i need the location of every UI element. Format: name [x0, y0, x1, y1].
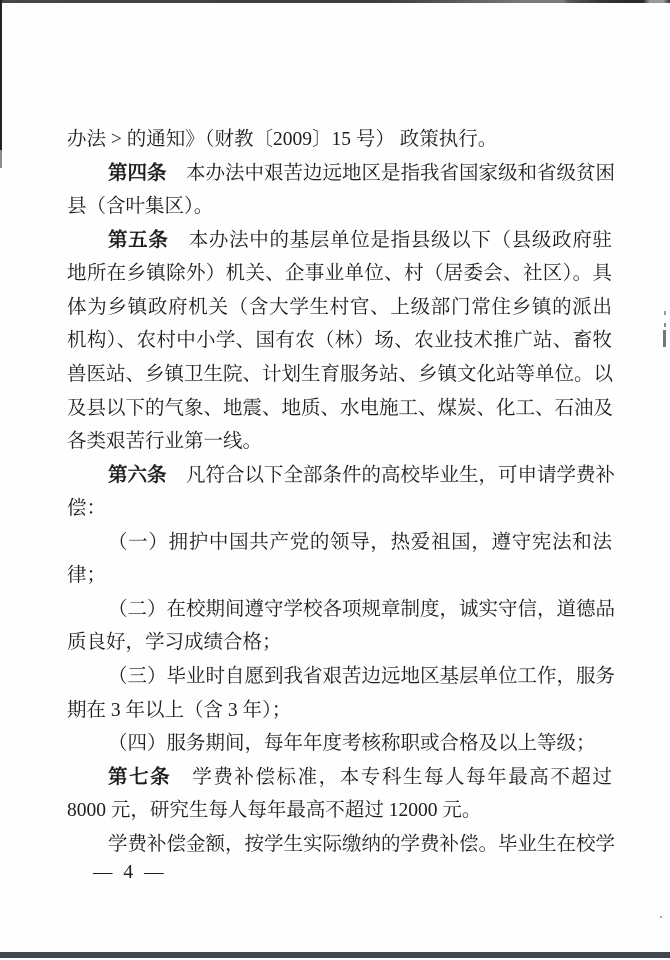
scan-artifact-right-mark — [664, 311, 666, 315]
text-line: 兽医站、乡镇卫生院、计划生育服务站、乡镇文化站等单位。以 — [67, 358, 612, 392]
text-line: （三）毕业时自愿到我省艰苦边远地区基层单位工作，服务 — [67, 660, 612, 694]
text-segment: （一）拥护中国共产党的领导，热爱祖国，遵守宪法和法 — [108, 532, 612, 553]
text-segment: 学费补偿金额，按学生实际缴纳的学费补偿。毕业生在校学 — [108, 834, 615, 855]
text-segment: 本办法中艰苦边远地区是指我省国家级和省级贫困 — [167, 163, 616, 184]
article-heading: 第五条 — [108, 230, 169, 251]
text-line: 县（含叶集区）。 — [67, 190, 612, 224]
text-segment: 律； — [67, 565, 106, 586]
text-line: 办法 > 的通知》（财教〔2009〕15 号） 政策执行。 — [67, 123, 612, 157]
text-segment: 8000 元，研究生每人每年最高不超过 12000 元。 — [67, 800, 481, 821]
text-line: 8000 元，研究生每人每年最高不超过 12000 元。 — [67, 794, 612, 828]
text-line: 地所在乡镇除外）机关、企事业单位、村（居委会、社区）。具 — [67, 257, 612, 291]
text-segment: 兽医站、乡镇卫生院、计划生育服务站、乡镇文化站等单位。以 — [67, 364, 613, 385]
text-line: 机构）、农村中小学、国有农（林）场、农业技术推广站、畜牧 — [67, 324, 612, 358]
text-line: 及县以下的气象、地震、地质、水电施工、煤炭、化工、石油及 — [67, 392, 612, 426]
text-segment: 各类艰苦行业第一线。 — [67, 431, 262, 452]
text-segment: 偿： — [67, 498, 106, 519]
text-line: （二）在校期间遵守学校各项规章制度，诚实守信，道德品 — [67, 593, 612, 627]
text-line: 各类艰苦行业第一线。 — [67, 425, 612, 459]
text-segment: 凡符合以下全部条件的高校毕业生，可申请学费补 — [167, 465, 616, 486]
document-text-block: 办法 > 的通知》（财教〔2009〕15 号） 政策执行。第四条 本办法中艰苦边… — [67, 123, 612, 861]
scan-artifact-top-bar — [0, 0, 670, 3]
scan-artifact-bottom-bar — [0, 952, 670, 958]
article-heading: 第六条 — [108, 465, 167, 486]
scan-artifact-right-mark — [663, 330, 666, 347]
text-segment: 机构）、农村中小学、国有农（林）场、农业技术推广站、畜牧 — [67, 330, 612, 351]
scan-artifact-left-edge-line — [0, 0, 2, 150]
text-line: 学费补偿金额，按学生实际缴纳的学费补偿。毕业生在校学 — [67, 828, 612, 862]
text-segment: 地所在乡镇除外）机关、企事业单位、村（居委会、社区）。具 — [67, 263, 612, 284]
article-heading: 第七条 — [108, 767, 171, 788]
text-segment: 体为乡镇政府机关（含大学生村官、上级部门常住乡镇的派出 — [67, 297, 612, 318]
text-line: 律； — [67, 559, 612, 593]
text-line: 偿： — [67, 492, 612, 526]
text-line: 质良好，学习成绩合格； — [67, 626, 612, 660]
text-line: 体为乡镇政府机关（含大学生村官、上级部门常住乡镇的派出 — [67, 291, 612, 325]
text-line: 第六条 凡符合以下全部条件的高校毕业生，可申请学费补 — [67, 459, 612, 493]
page-number: — 4 — — [93, 860, 167, 886]
scan-artifact-left-edge-line-tail — [0, 150, 2, 168]
text-segment: 办法 > 的通知》（财教〔2009〕15 号） 政策执行。 — [67, 129, 497, 150]
scan-artifact-right-mark — [664, 323, 666, 327]
text-segment: （二）在校期间遵守学校各项规章制度，诚实守信，道德品 — [108, 599, 615, 620]
text-line: 第七条 学费补偿标准，本专科生每人每年最高不超过 — [67, 761, 612, 795]
text-segment: 本办法中的基层单位是指县级以下（县级政府驻 — [169, 230, 612, 251]
scanned-document-page: 办法 > 的通知》（财教〔2009〕15 号） 政策执行。第四条 本办法中艰苦边… — [0, 0, 670, 960]
text-segment: 期在 3 年以上（含 3 年）； — [67, 700, 291, 721]
text-segment: 及县以下的气象、地震、地质、水电施工、煤炭、化工、石油及 — [67, 398, 613, 419]
text-line: （四）服务期间，每年年度考核称职或合格及以上等级； — [67, 727, 612, 761]
text-line: 期在 3 年以上（含 3 年）； — [67, 694, 612, 728]
text-line: 第四条 本办法中艰苦边远地区是指我省国家级和省级贫困 — [67, 157, 612, 191]
text-segment: 县（含叶集区）。 — [67, 196, 213, 217]
text-segment: （四）服务期间，每年年度考核称职或合格及以上等级； — [108, 733, 596, 754]
text-segment: 学费补偿标准，本专科生每人每年最高不超过 — [171, 767, 612, 788]
article-heading: 第四条 — [108, 163, 167, 184]
text-segment: 质良好，学习成绩合格； — [67, 632, 282, 653]
scan-artifact-right-mark — [660, 916, 662, 918]
text-line: （一）拥护中国共产党的领导，热爱祖国，遵守宪法和法 — [67, 526, 612, 560]
text-segment: （三）毕业时自愿到我省艰苦边远地区基层单位工作，服务 — [108, 666, 615, 687]
text-line: 第五条 本办法中的基层单位是指县级以下（县级政府驻 — [67, 224, 612, 258]
